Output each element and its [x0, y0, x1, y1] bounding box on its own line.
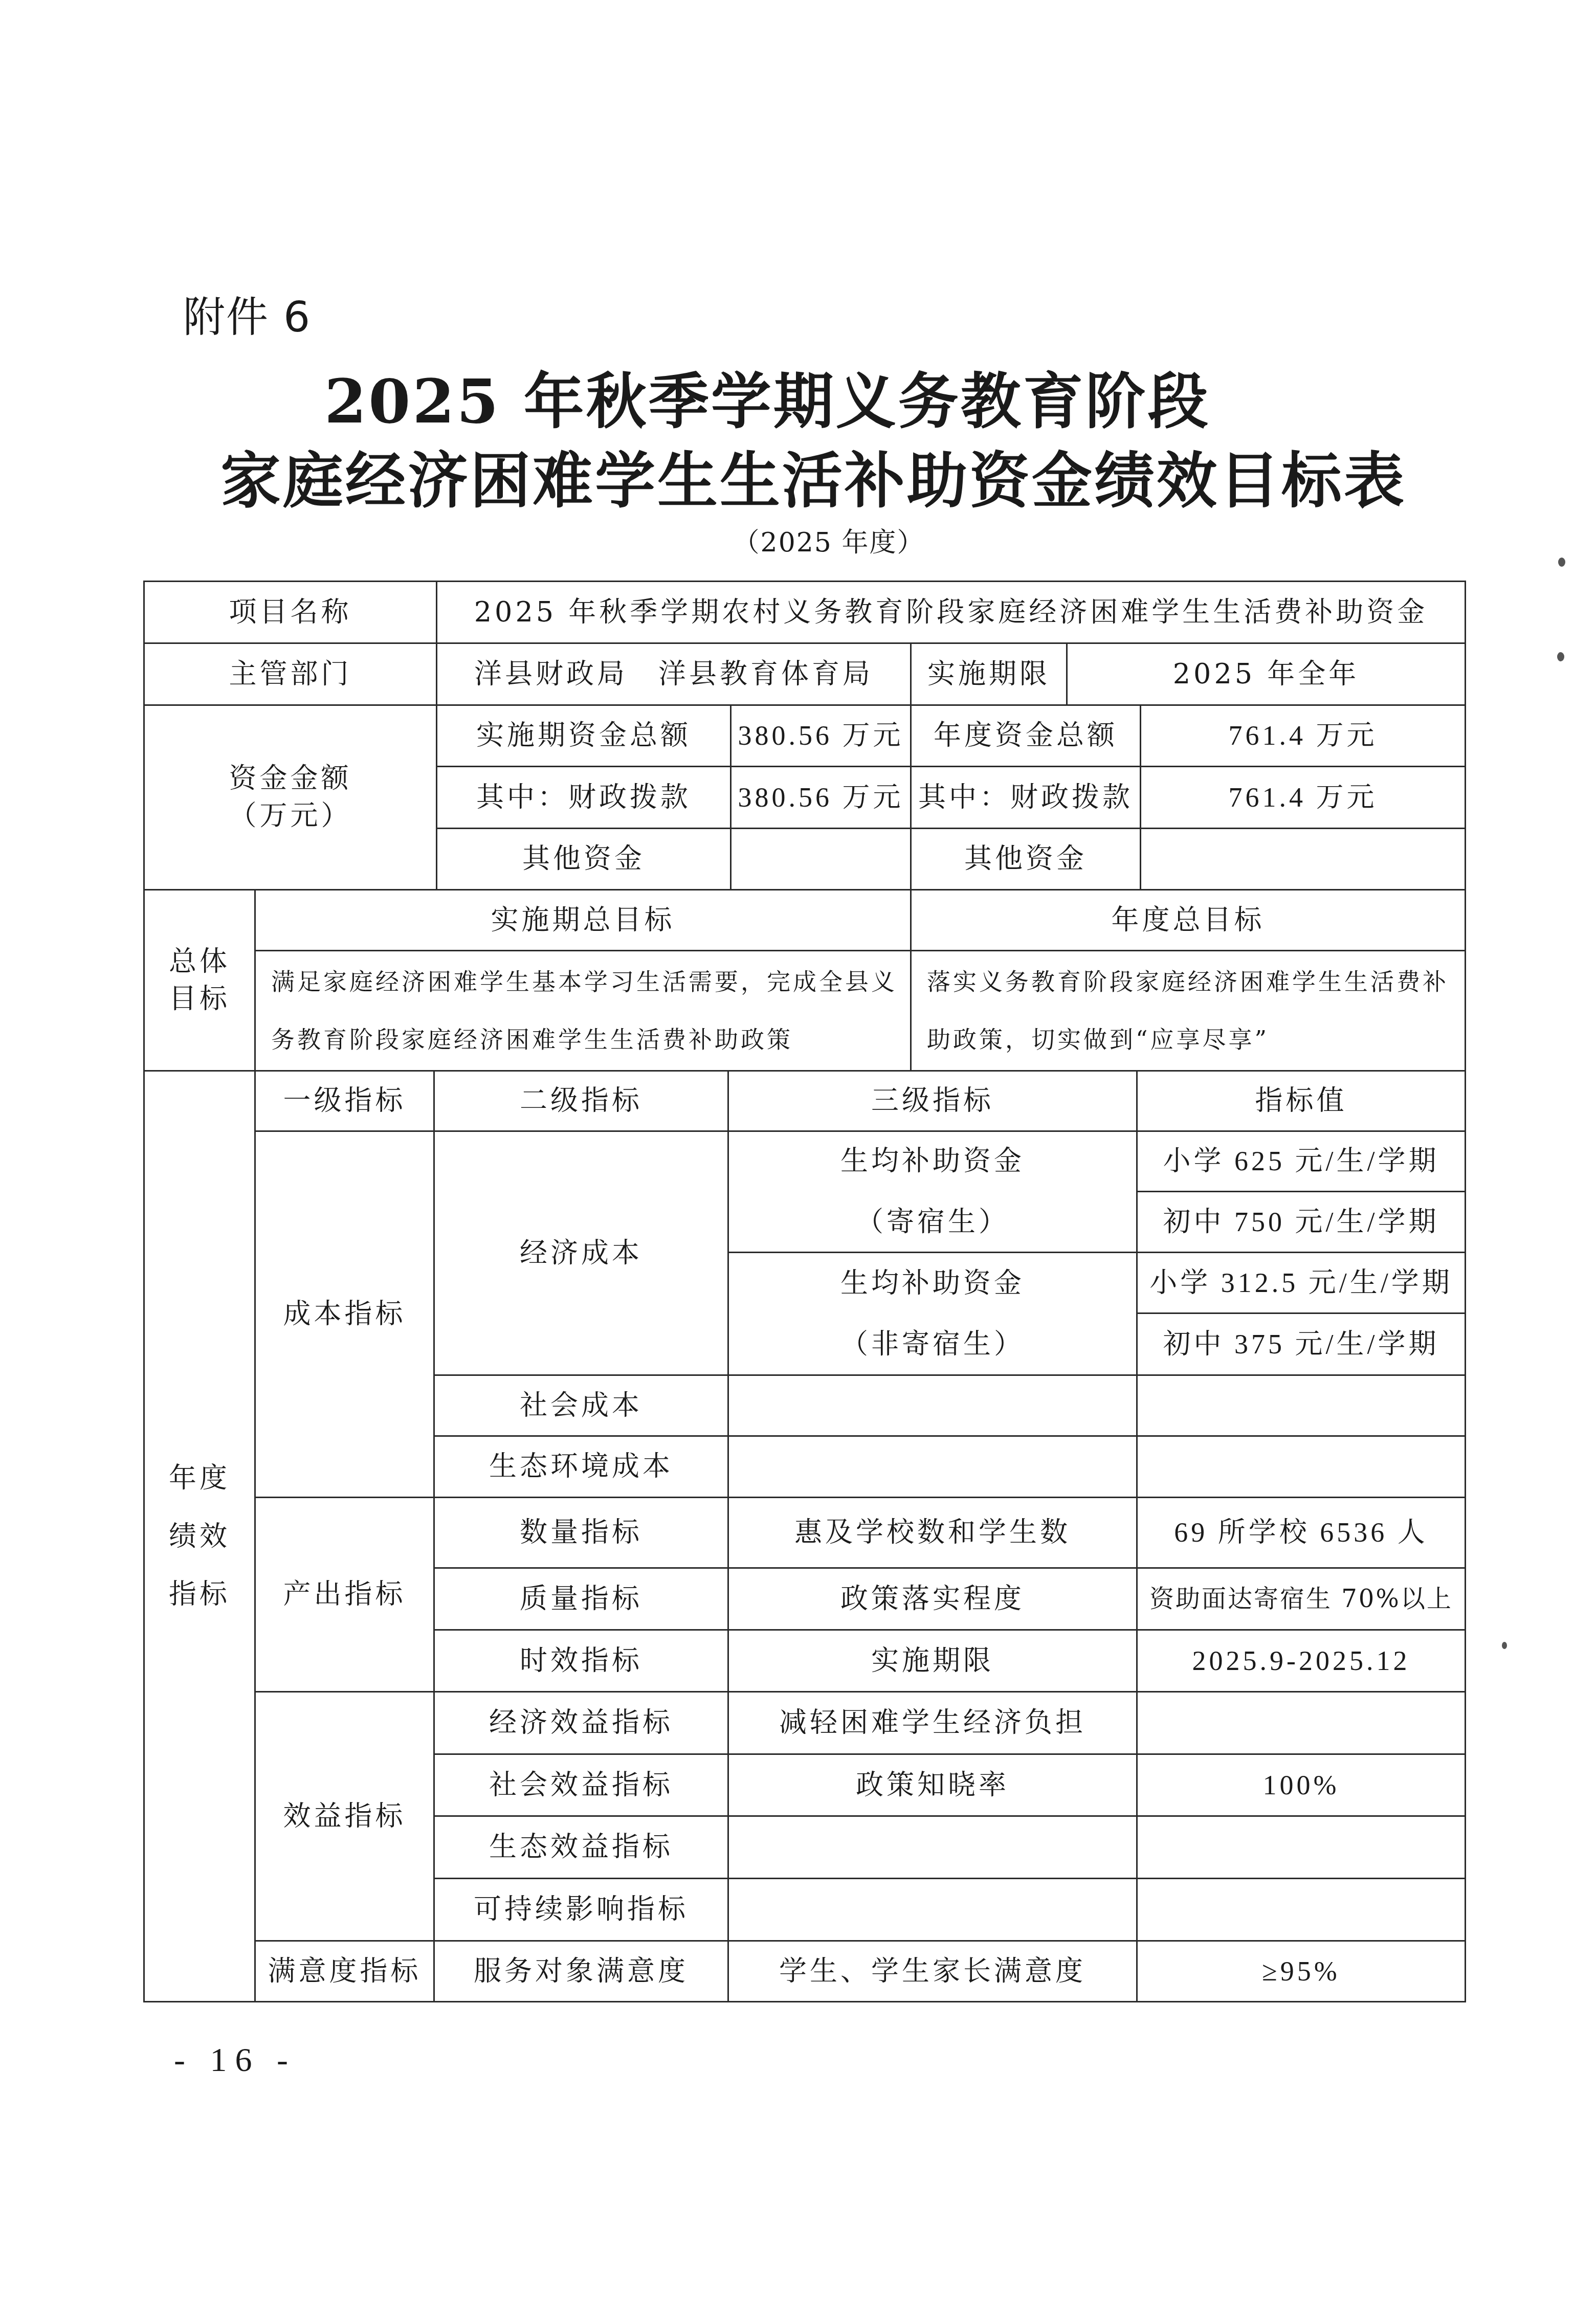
scan-speck [1558, 558, 1565, 567]
output-l2-quality: 质量指标 [433, 1567, 729, 1631]
page-title-line1: 2025 年秋季学期义务教育阶段 [0, 353, 1565, 440]
boarding-subsidy: 生均补助资金 （寄宿生） [727, 1130, 1138, 1253]
satisfaction-l3: 学生、学生家长满意度 [727, 1940, 1138, 2002]
eco-env-cost: 生态环境成本 [433, 1435, 729, 1498]
page-title-line2: 家庭经济困难学生生活补助资金绩效目标表 [15, 432, 1596, 519]
benefit-l2-sustainable: 可持续影响指标 [433, 1878, 729, 1942]
annual-total-value: 761.4 万元 [1140, 704, 1466, 767]
satisfaction-level1: 满意度指标 [254, 1940, 435, 2002]
output-value-timeliness: 2025.9-2025.12 [1136, 1629, 1466, 1693]
year-note: （2025 年度） [31, 521, 1596, 559]
benefit-value-sustainable [1136, 1878, 1466, 1942]
overall-goal-label: 总体 目标 [143, 889, 256, 1072]
header-level1: 一级指标 [254, 1070, 435, 1132]
eco-env-cost-l3 [727, 1435, 1138, 1498]
impl-total-value: 380.56 万元 [730, 704, 912, 767]
impl-other-value [730, 828, 912, 890]
impl-other-label: 其他资金 [436, 828, 731, 890]
benefit-value-economic [1136, 1691, 1466, 1755]
funds-label: 资金金额 （万元） [143, 704, 437, 890]
header-level2: 二级指标 [433, 1070, 729, 1132]
project-name-value: 2025 年秋季学期农村义务教育阶段家庭经济困难学生生活费补助资金 [436, 581, 1466, 644]
boarding-middle-value: 初中 750 元/生/学期 [1136, 1191, 1466, 1253]
benefit-value-ecological [1136, 1815, 1466, 1879]
page-number: - 16 - [174, 2041, 296, 2080]
period-value: 2025 年全年 [1066, 642, 1466, 706]
output-value-quality: 资助面达寄宿生 70%以上 [1136, 1567, 1466, 1631]
social-cost-l3 [727, 1374, 1138, 1437]
scan-speck [1502, 1642, 1507, 1649]
benefit-value-social: 100% [1136, 1753, 1466, 1817]
impl-goal-header: 实施期总目标 [254, 889, 912, 951]
annual-goal-header: 年度总目标 [910, 889, 1466, 951]
scan-speck [1557, 652, 1564, 661]
nonboarding-primary-value: 小学 312.5 元/生/学期 [1136, 1252, 1466, 1314]
economic-cost: 经济成本 [433, 1130, 729, 1376]
impl-total-label: 实施期资金总额 [436, 704, 731, 767]
header-level3: 三级指标 [727, 1070, 1138, 1132]
dept-label: 主管部门 [143, 642, 437, 706]
output-l3-quantity: 惠及学校数和学生数 [727, 1497, 1138, 1569]
impl-goal-text: 满足家庭经济困难学生基本学习生活需要，完成全县义务教育阶段家庭经济困难学生生活费… [254, 950, 912, 1072]
output-l3-timeliness: 实施期限 [727, 1629, 1138, 1693]
dept-value: 洋县财政局 洋县教育体育局 [436, 642, 912, 706]
project-name-label: 项目名称 [143, 581, 437, 644]
attachment-label: 附件 6 [183, 284, 311, 344]
eco-env-cost-value [1136, 1435, 1466, 1498]
header-value: 指标值 [1136, 1070, 1466, 1132]
benefit-l3-ecological [727, 1815, 1138, 1879]
satisfaction-value: ≥95% [1136, 1940, 1466, 2002]
annual-other-value [1140, 828, 1466, 890]
impl-fiscal-value: 380.56 万元 [730, 766, 912, 829]
period-label: 实施期限 [910, 642, 1068, 706]
annual-total-label: 年度资金总额 [910, 704, 1141, 767]
output-l3-quality: 政策落实程度 [727, 1567, 1138, 1631]
output-value-quantity: 69 所学校 6536 人 [1136, 1497, 1466, 1569]
cost-level1: 成本指标 [254, 1130, 435, 1498]
benefit-l2-social: 社会效益指标 [433, 1753, 729, 1817]
annual-perf-label: 年度 绩效 指标 [143, 1070, 256, 2002]
annual-fiscal-label: 其中：财政拨款 [910, 766, 1141, 829]
annual-goal-text: 落实义务教育阶段家庭经济困难学生生活费补助政策，切实做到“应享尽享” [910, 950, 1466, 1072]
social-cost: 社会成本 [433, 1374, 729, 1437]
nonboarding-middle-value: 初中 375 元/生/学期 [1136, 1312, 1466, 1376]
output-level1: 产出指标 [254, 1497, 435, 1693]
benefit-level1: 效益指标 [254, 1691, 435, 1942]
impl-fiscal-label: 其中：财政拨款 [436, 766, 731, 829]
benefit-l3-sustainable [727, 1878, 1138, 1942]
benefit-l2-ecological: 生态效益指标 [433, 1815, 729, 1879]
annual-other-label: 其他资金 [910, 828, 1141, 890]
nonboarding-subsidy: 生均补助资金 （非寄宿生） [727, 1252, 1138, 1376]
benefit-l3-economic: 减轻困难学生经济负担 [727, 1691, 1138, 1755]
annual-fiscal-value: 761.4 万元 [1140, 766, 1466, 829]
social-cost-value [1136, 1374, 1466, 1437]
benefit-l3-social: 政策知晓率 [727, 1753, 1138, 1817]
benefit-l2-economic: 经济效益指标 [433, 1691, 729, 1755]
output-l2-quantity: 数量指标 [433, 1497, 729, 1569]
boarding-primary-value: 小学 625 元/生/学期 [1136, 1130, 1466, 1192]
output-l2-timeliness: 时效指标 [433, 1629, 729, 1693]
satisfaction-l2: 服务对象满意度 [433, 1940, 729, 2002]
